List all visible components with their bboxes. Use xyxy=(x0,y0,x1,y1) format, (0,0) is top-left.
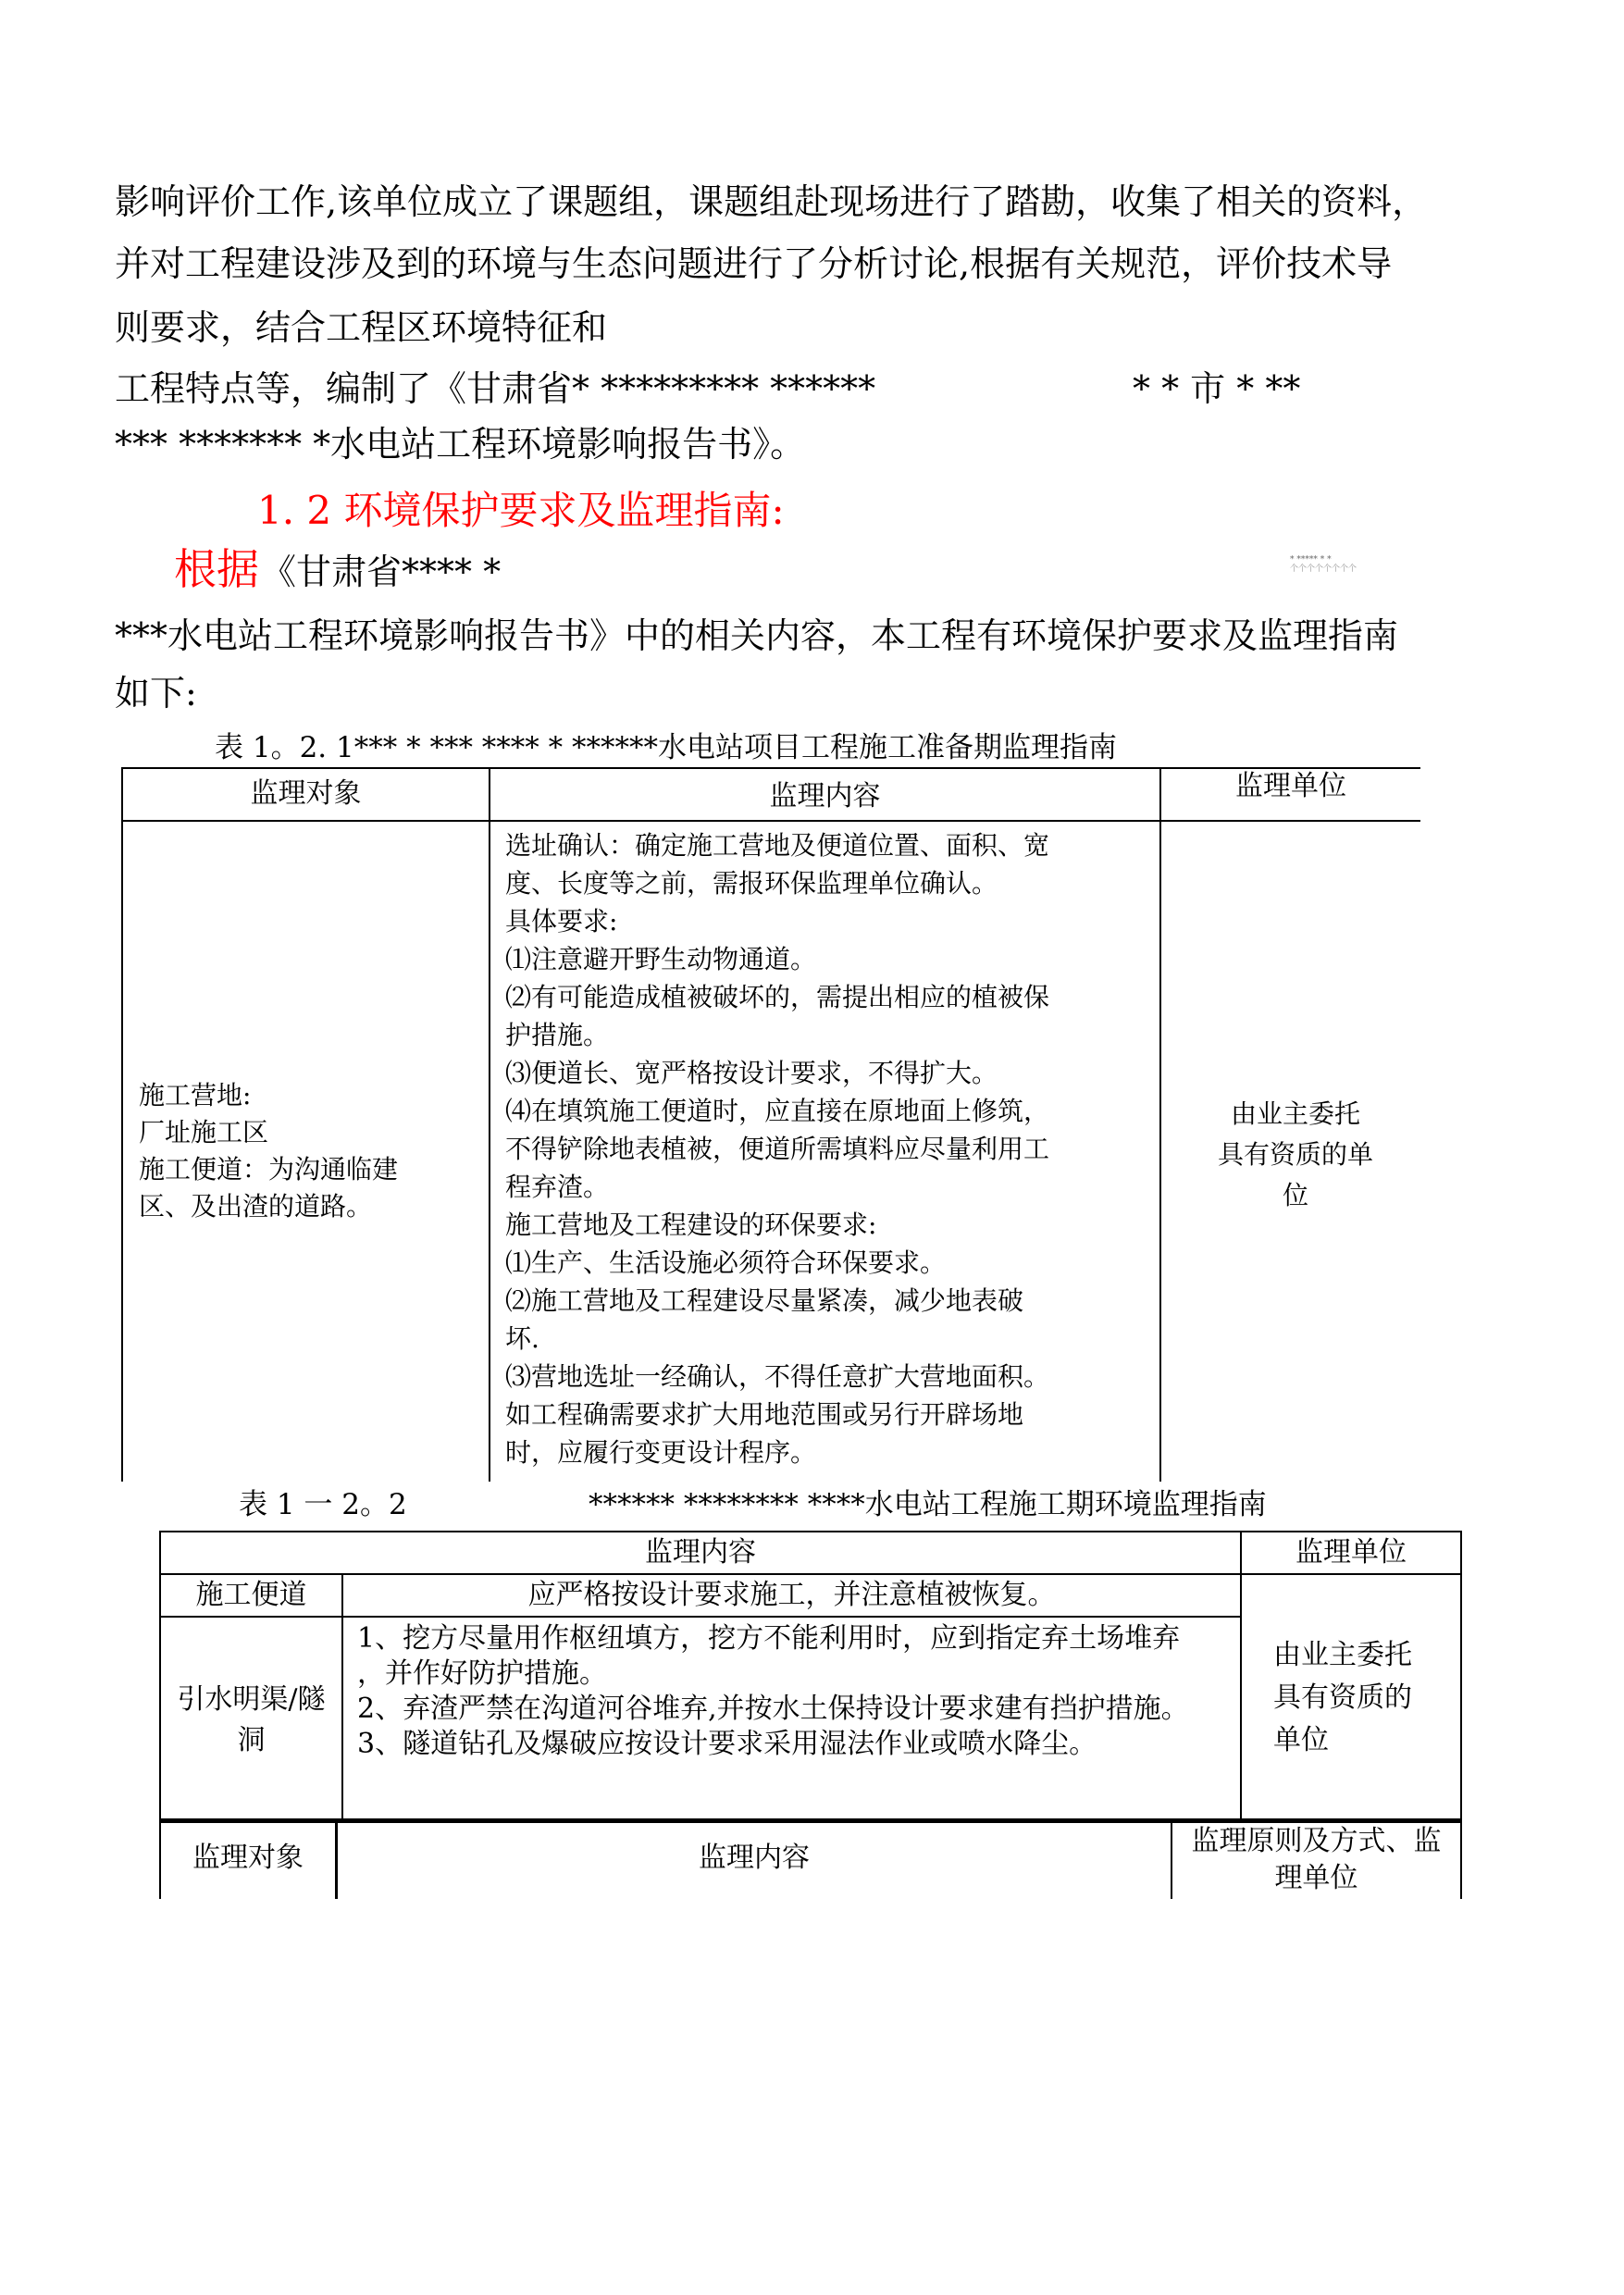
content-line: 3、隧道钻孔及爆破应按设计要求采用湿法作业或喷水降尘。 xyxy=(357,1727,1189,1762)
table1-col1-border xyxy=(489,767,490,1482)
unit-line: 单位 xyxy=(1273,1719,1412,1762)
table3-header-object: 监理对象 xyxy=(161,1842,335,1875)
content-line: 选址确认：确定施工营地及便道位置、面积、宽 xyxy=(505,826,1049,864)
content-line: ，并作好防护措施。 xyxy=(357,1656,1189,1692)
content-line: ⑴生产、生活设施必须符合环保要求。 xyxy=(505,1244,1049,1282)
table2-row1-border xyxy=(159,1616,1242,1618)
body-line-1: ***水电站工程环境影响报告书》中的相关内容，本工程有环境保护要求及监理指南 xyxy=(115,615,1398,656)
table2-top-border xyxy=(159,1531,1462,1532)
lead-rest-text: 《甘肃省**** * xyxy=(261,552,501,592)
stray-mark-top: * ***** * * xyxy=(1290,555,1332,564)
table2-header-unit: 监理单位 xyxy=(1242,1536,1460,1569)
section-heading: 1. 2 环境保护要求及监理指南: xyxy=(257,488,785,534)
table1-object-cell: 施工营地: 厂址施工区 施工便道：为沟通临建 区、及出渣的道路。 xyxy=(139,1077,398,1225)
table2-col2-border xyxy=(1240,1531,1242,1819)
object-line: 厂址施工区 xyxy=(139,1114,398,1151)
unit-line: 由业主委托 xyxy=(1161,1094,1430,1135)
object-line: 洞 xyxy=(161,1720,341,1761)
object-line: 引水明渠/隧 xyxy=(161,1680,341,1720)
intro-line-1: 影响评价工作,该单位成立了课题组，课题组赴现场进行了踏勘，收集了相关的资料， xyxy=(115,181,1427,222)
unit-line: 具有资质的 xyxy=(1273,1677,1412,1719)
table1-left-border xyxy=(121,767,123,1482)
table1-header-content: 监理内容 xyxy=(490,780,1159,813)
content-line: 坏. xyxy=(505,1320,1049,1358)
intro-line-3: 则要求，结合工程区环境特征和 xyxy=(115,307,607,348)
object-line: 区、及出渣的道路。 xyxy=(139,1188,398,1225)
header-line: 监理原则及方式、监 xyxy=(1172,1823,1460,1860)
table2-caption-left: 表 1 一 2。2 xyxy=(239,1488,407,1521)
content-line: 具体要求: xyxy=(505,902,1049,940)
content-line: ⑶营地选址一经确认，不得任意扩大营地面积。 xyxy=(505,1358,1049,1396)
table2-row1-content: 应严格按设计要求施工，并注意植被恢复。 xyxy=(343,1579,1240,1612)
table2-right-border xyxy=(1460,1531,1462,1819)
unit-line: 位 xyxy=(1161,1175,1430,1216)
table1-header-object: 监理对象 xyxy=(123,777,489,811)
intro-line-4: 工程特点等，编制了《甘肃省* ********* ****** xyxy=(115,368,875,409)
intro-line-4-tail: * * 市 * ** xyxy=(1133,368,1300,409)
object-line: 施工营地: xyxy=(139,1077,398,1114)
table3-right-border xyxy=(1460,1820,1462,1899)
table2-row2-content: 1、挖方尽量用作枢纽填方，挖方不能利用时，应到指定弃土场堆弃 ，并作好防护措施。… xyxy=(357,1621,1189,1762)
lead-red-text: 根据 xyxy=(174,544,259,594)
content-line: 程弃渣。 xyxy=(505,1168,1049,1206)
table2-unit-cell: 由业主委托 具有资质的 单位 xyxy=(1273,1634,1412,1762)
table3-header-principle: 监理原则及方式、监 理单位 xyxy=(1172,1823,1460,1897)
content-line: 1、挖方尽量用作枢纽填方，挖方不能利用时，应到指定弃土场堆弃 xyxy=(357,1621,1189,1656)
table1-header-border xyxy=(121,820,1420,822)
intro-line-5: *** ******* *水电站工程环境影响报告书》。 xyxy=(115,424,805,465)
unit-line: 具有资质的单 xyxy=(1161,1135,1430,1175)
table3-header-content: 监理内容 xyxy=(338,1842,1171,1875)
unit-line: 由业主委托 xyxy=(1273,1634,1412,1677)
table1-unit-cell: 由业主委托 具有资质的单 位 xyxy=(1161,1094,1430,1216)
content-line: 时，应履行变更设计程序。 xyxy=(505,1433,1049,1471)
content-line: 不得铲除地表植被，便道所需填料应尽量利用工 xyxy=(505,1130,1049,1168)
body-line-2: 如下: xyxy=(115,673,197,713)
content-line: ⑷在填筑施工便道时，应直接在原地面上修筑， xyxy=(505,1092,1049,1130)
table2-row1-object: 施工便道 xyxy=(161,1579,341,1612)
table2-caption-right: ****** ******** ****水电站工程施工期环境监理指南 xyxy=(589,1488,1267,1521)
content-line: 施工营地及工程建设的环保要求: xyxy=(505,1206,1049,1244)
content-line: ⑵有可能造成植被破坏的，需提出相应的植被保 xyxy=(505,978,1049,1016)
stray-mark-bottom: 个个个个个个个个 xyxy=(1290,564,1357,574)
content-line: 度、长度等之前，需报环保监理单位确认。 xyxy=(505,864,1049,902)
content-line: 护措施。 xyxy=(505,1016,1049,1054)
table1-content-cell: 选址确认：确定施工营地及便道位置、面积、宽 度、长度等之前，需报环保监理单位确认… xyxy=(505,826,1049,1471)
table2-header-content: 监理内容 xyxy=(161,1536,1240,1569)
table2-left-border xyxy=(159,1531,161,1820)
content-line: ⑶便道长、宽严格按设计要求，不得扩大。 xyxy=(505,1054,1049,1092)
object-line: 施工便道：为沟通临建 xyxy=(139,1151,398,1188)
intro-line-2: 并对工程建设涉及到的环境与生态问题进行了分析讨论,根据有关规范，评价技术导 xyxy=(115,243,1392,284)
table1-top-border xyxy=(121,767,1420,769)
table1-header-unit: 监理单位 xyxy=(1161,770,1420,803)
content-line: 如工程确需要求扩大用地范围或另行开辟场地 xyxy=(505,1396,1049,1433)
table2-row2-object: 引水明渠/隧 洞 xyxy=(161,1680,341,1761)
table2-header-border xyxy=(159,1573,1462,1575)
content-line: ⑵施工营地及工程建设尽量紧凑，减少地表破 xyxy=(505,1282,1049,1320)
table1-caption: 表 1。2. 1*** * *** **** * ******水电站项目工程施工… xyxy=(215,731,1117,764)
content-line: ⑴注意避开野生动物通道。 xyxy=(505,940,1049,978)
content-line: 2、弃渣严禁在沟道河谷堆弃,并按水土保持设计要求建有挡护措施。 xyxy=(357,1692,1189,1727)
header-line: 理单位 xyxy=(1172,1860,1460,1897)
